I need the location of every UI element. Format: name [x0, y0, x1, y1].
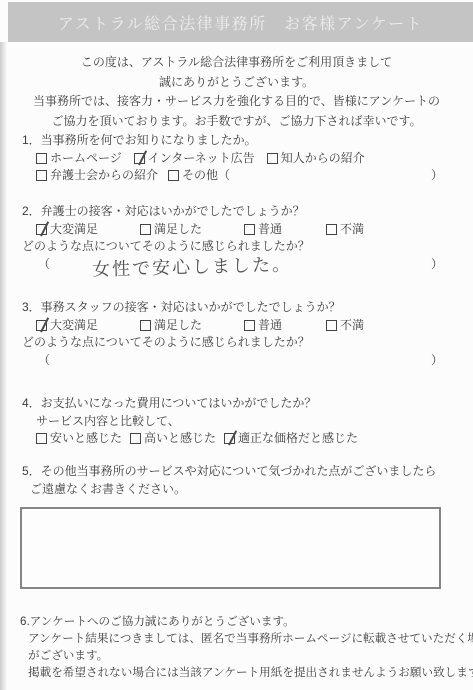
q4-options-row: 安いと感じた高いと感じた適正な価格だと感じた: [36, 430, 465, 448]
question-3-prompt: どのような点についてそのように感じられましたか？: [22, 334, 465, 352]
closing-line-4: 掲載を希望されない場合には当該アンケート用紙を提出されませんようお願い致します。: [20, 664, 467, 681]
page-title: アストラル総合法律事務所 お客様アンケート: [58, 11, 423, 34]
question-2-title: 2．弁護士の接客・対応はいかがでしたでしょうか？: [22, 203, 465, 221]
survey-form-page: アストラル総合法律事務所 お客様アンケート この度は、アストラル総合法律事務所を…: [0, 0, 473, 690]
header-banner: アストラル総合法律事務所 お客様アンケート: [8, 2, 473, 42]
question-5: 5．その他当事務所のサービスや対応について気づかれた点がございましたら ご遠慮な…: [22, 463, 465, 498]
checkbox-icon[interactable]: [140, 320, 151, 331]
checkbox-icon[interactable]: [244, 224, 255, 235]
option-label: 知人からの紹介: [281, 150, 365, 168]
question-3: 3．事務スタッフの接客・対応はいかがでしたでしょうか？ 大変満足満足した普通不満…: [22, 299, 465, 369]
answer-paren-close: ）: [431, 167, 443, 185]
question-5-line-1: 5．その他当事務所のサービスや対応について気づかれた点がございましたら: [22, 463, 465, 481]
comments-box[interactable]: [20, 507, 441, 589]
option-label: ホームページ: [50, 150, 122, 168]
checkbox-option[interactable]: 普通: [244, 221, 314, 239]
checkbox-icon[interactable]: [168, 170, 179, 181]
checked-checkbox-icon[interactable]: [134, 153, 145, 164]
option-label: 高いと感じた: [144, 430, 216, 448]
option-label: 大変満足: [50, 221, 98, 239]
question-1: 1．当事務所を何でお知りになりましたか。 ホームページインターネット広告知人から…: [22, 132, 465, 185]
checkbox-option[interactable]: 満足した: [140, 221, 232, 239]
answer-blank: [50, 352, 431, 370]
q3-options-row: 大変満足満足した普通不満: [36, 317, 465, 335]
checkbox-icon[interactable]: [326, 320, 337, 331]
option-label: インターネット広告: [148, 150, 255, 168]
answer-paren-open: （: [38, 352, 50, 370]
intro-line: この度は、アストラル総合法律事務所をご利用頂きまして: [0, 53, 473, 73]
checkbox-icon[interactable]: [36, 153, 47, 164]
checkbox-icon[interactable]: [36, 433, 47, 444]
option-label: 弁護士会からの紹介: [50, 167, 158, 185]
question-4-subtitle-row: サービス内容と比較して、: [36, 413, 465, 431]
option-label: 安いと感じた: [50, 430, 122, 448]
checkbox-option[interactable]: 満足した: [140, 317, 232, 335]
intro-text: この度は、アストラル総合法律事務所をご利用頂きまして 誠にありがとうございます。…: [0, 53, 473, 131]
checkbox-option[interactable]: 適正な価格だと感じた: [224, 430, 358, 448]
answer-paren-close: ）: [431, 256, 443, 274]
checkbox-icon[interactable]: [140, 224, 151, 235]
answer-paren-open: （: [38, 256, 50, 274]
option-label: 満足した: [154, 221, 202, 239]
option-label: 不満: [340, 317, 364, 335]
q1-options-row-2: 弁護士会からの紹介その他（ ）: [36, 167, 443, 185]
q1-options-row-1: ホームページインターネット広告知人からの紹介: [36, 150, 465, 168]
checkbox-option[interactable]: 大変満足: [36, 317, 128, 335]
checkbox-option[interactable]: 不満: [326, 317, 364, 335]
closing-line-2: アンケート結果につきましては、匿名で当事務所ホームページに転載させていただく場合: [20, 630, 467, 647]
checkbox-icon[interactable]: [326, 224, 337, 235]
option-label: 普通: [258, 221, 282, 239]
checkbox-option[interactable]: 不満: [326, 221, 364, 239]
intro-line: 当事務所では、接客力・サービス力を強化する目的で、皆様にアンケートの: [0, 92, 473, 112]
intro-line: 誠にありがとうございます。: [0, 73, 473, 93]
closing-line-3: がございます。: [20, 647, 467, 664]
q3-answer-line: （ ）: [38, 352, 443, 370]
checkbox-icon[interactable]: [36, 170, 47, 181]
answer-paren-close: ）: [431, 352, 443, 370]
checkbox-option[interactable]: 知人からの紹介: [267, 150, 365, 168]
checkbox-icon[interactable]: [267, 153, 278, 164]
option-label: 満足した: [154, 317, 202, 335]
question-3-title: 3．事務スタッフの接客・対応はいかがでしたでしょうか？: [22, 299, 465, 317]
question-4: 4．お支払いになった費用についてはいかがでしたか？ サービス内容と比較して、 安…: [22, 395, 465, 448]
checkbox-option[interactable]: インターネット広告: [134, 150, 255, 168]
option-label: 不満: [340, 221, 364, 239]
closing-note: 6.アンケートへのご協力誠にありがとうございます。 アンケート結果につきましては…: [20, 613, 467, 681]
checkbox-option[interactable]: ホームページ: [36, 150, 122, 168]
option-label: その他（: [182, 167, 230, 185]
option-label: 大変満足: [50, 317, 98, 335]
checkbox-option[interactable]: 高いと感じた: [130, 430, 216, 448]
closing-line-1: 6.アンケートへのご協力誠にありがとうございます。: [20, 613, 467, 630]
checkbox-option[interactable]: 安いと感じた: [36, 430, 122, 448]
option-label: 適正な価格だと感じた: [238, 430, 358, 448]
checkbox-option[interactable]: 大変満足: [36, 221, 128, 239]
checked-checkbox-icon[interactable]: [36, 320, 47, 331]
question-5-line-2: ご遠慮なくお書きください。: [22, 481, 465, 499]
handwritten-answer: 女性で安心しました。: [92, 250, 293, 281]
question-4-title: 4．お支払いになった費用についてはいかがでしたか？: [22, 395, 465, 413]
checked-checkbox-icon[interactable]: [36, 224, 47, 235]
checkbox-option[interactable]: その他（: [168, 167, 230, 185]
intro-line: ご協力を頂いております。お手数ですが、ご協力下されば幸いです。: [0, 112, 473, 132]
checkbox-option[interactable]: 弁護士会からの紹介: [36, 167, 158, 185]
checkbox-icon[interactable]: [244, 320, 255, 331]
question-1-title: 1．当事務所を何でお知りになりましたか。: [22, 132, 465, 150]
checkbox-icon[interactable]: [130, 433, 141, 444]
checked-checkbox-icon[interactable]: [224, 433, 235, 444]
question-4-subtitle: サービス内容と比較して、: [36, 413, 180, 431]
q2-options-row: 大変満足満足した普通不満: [36, 221, 465, 239]
option-label: 普通: [258, 317, 282, 335]
checkbox-option[interactable]: 普通: [244, 317, 314, 335]
